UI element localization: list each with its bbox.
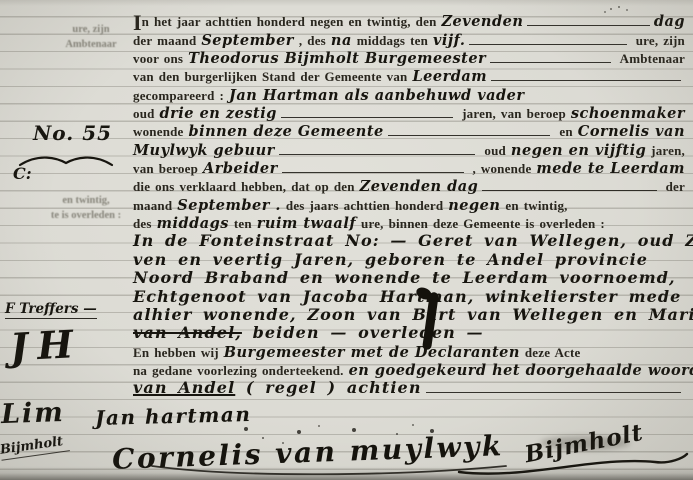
signature-bijmholt: Bijmholt (523, 419, 646, 468)
handwritten-text: Burgemeester met de Declaranten (224, 344, 520, 361)
printed-text: van beroep (133, 161, 203, 177)
ink-rule (282, 172, 464, 173)
body-line: alhier wonende, Zoon van Bart van Welleg… (133, 306, 685, 324)
handwritten-text: Jan Hartman als aanbehuwd vader (229, 87, 525, 104)
handwritten-text: van Andel (133, 378, 235, 397)
ink-rule (490, 62, 611, 63)
handwritten-text: van Andel, (133, 323, 242, 342)
clerk-monogram: J H (9, 321, 72, 369)
handwritten-text: September . (177, 197, 281, 214)
printed-text: en twintig, (500, 198, 567, 214)
body-line: des middags ten ruim twaalf ure, binnen … (133, 214, 685, 232)
handwritten-text: drie en zestig (160, 105, 277, 122)
handwritten-text: en goedgekeurd het doorgehaalde woord (349, 362, 693, 379)
body-line: In de Fonteinstraat No: — Geret van Well… (133, 232, 685, 250)
bleed-line: te is overleden : (40, 208, 132, 223)
handwritten-text: negen (448, 197, 500, 214)
handwritten-text: Echtgenoot van Jacoba Hartman, winkelier… (133, 287, 681, 306)
handwritten-text: ven en veertig Jaren, geboren te Andel p… (133, 250, 648, 269)
printed-text: ure, zijn (631, 33, 685, 49)
printed-text: I (133, 16, 142, 30)
body-line: die ons verklaard hebben, dat op den Zev… (133, 177, 685, 195)
signature-cornelis-van-muylwyk: Cornelis van muylwyk (112, 429, 505, 476)
body-line: In het jaar achttien honderd negen en tw… (133, 12, 685, 30)
ink-rule (281, 117, 453, 118)
ink-rule (426, 392, 681, 393)
body-line: voor ons Theodorus Bijmholt Burgemeester… (133, 49, 685, 67)
body-line: Noord Braband en wonende te Leerdam voor… (133, 269, 685, 287)
handwritten-text: In de Fonteinstraat No: — Geret van Well… (133, 231, 693, 250)
printed-text: oud (479, 143, 510, 159)
bleed-line: ure, zijn (48, 22, 134, 37)
printed-text: oud (133, 106, 160, 122)
printed-text: die ons verklaard hebben, dat op den (133, 179, 360, 195)
printed-text: deze Acte (520, 345, 581, 361)
handwritten-text: September (201, 32, 294, 49)
ink-rule (527, 25, 649, 26)
ink-rule (491, 80, 681, 81)
handwritten-text: Zevenden (441, 13, 523, 30)
body-line: Echtgenoot van Jacoba Hartman, winkelier… (133, 287, 685, 305)
printed-text: ure, binnen deze Gemeente is overleden : (356, 216, 605, 232)
printed-text: voor ons (133, 51, 188, 67)
body-line: En hebben wij Burgemeester met de Declar… (133, 342, 685, 360)
margin-check-mark: C: (13, 164, 32, 183)
brace-flourish (17, 151, 117, 171)
handwritten-text: schoenmaker (571, 105, 685, 122)
printed-text: der (661, 179, 685, 195)
ink-rule (482, 190, 656, 191)
handwritten-text: Zevenden dag (360, 178, 479, 195)
printed-text: na gedane voorlezing onderteekend. (133, 363, 349, 379)
act-number: No. 55 (33, 121, 112, 145)
bleed-line: Ambtenaar (48, 37, 134, 52)
body-line: na gedane voorlezing onderteekend. en go… (133, 361, 685, 379)
bleed-through-top: ure, zijn Ambtenaar (48, 22, 134, 52)
printed-text: gecompareerd : (133, 88, 229, 104)
handwritten-text: beiden — overleden — (242, 323, 484, 342)
ink-rule (469, 44, 626, 45)
handwritten-text: mede te Leerdam (536, 160, 685, 177)
clerk-note: F Treffers — (5, 301, 97, 319)
handwritten-text: Muylwyk gebuur (133, 142, 275, 159)
handwritten-text: binnen deze Gemeente (188, 123, 383, 140)
handwritten-text: ( regel ) achtien (235, 378, 421, 397)
handwritten-text: Noord Braband en wonende te Leerdam voor… (133, 268, 676, 287)
body-line: van Andel ( regel ) achtien (133, 379, 685, 397)
printed-text: en (554, 124, 577, 140)
printed-text: jaren, (646, 143, 685, 159)
margin-signature-flourish: Bijmholt (0, 433, 70, 460)
body-line: gecompareerd : Jan Hartman als aanbehuwd… (133, 85, 685, 103)
signature-jan-hartman: Jan hartman (95, 402, 252, 430)
printed-text: En hebben wij (133, 345, 224, 361)
body-line: oud drie en zestig jaren, van beroep sch… (133, 104, 685, 122)
handwritten-text: dag (654, 13, 685, 30)
handwritten-text: na (331, 32, 352, 49)
printed-text: Ambtenaar (615, 51, 685, 67)
body-line: maand September . des jaars achttien hon… (133, 195, 685, 213)
body-line: Muylwyk gebuur oud negen en vijftig jare… (133, 140, 685, 158)
document-scan: ure, zijn Ambtenaar No. 55 C: en twintig… (0, 0, 693, 480)
handwritten-text: middags (157, 215, 229, 232)
printed-text: des jaars achttien honderd (281, 198, 448, 214)
printed-text: , wonende (468, 161, 537, 177)
handwritten-text: negen en vijftig (511, 142, 646, 159)
body-line: van Andel, beiden — overleden — (133, 324, 685, 342)
handwritten-text: Leerdam (412, 68, 487, 85)
body-text: In het jaar achttien honderd negen en tw… (133, 12, 685, 397)
handwritten-text: alhier wonende, Zoon van Bart van Welleg… (133, 305, 693, 324)
body-line: wonende binnen deze Gemeente en Cornelis… (133, 122, 685, 140)
handwritten-text: Arbeider (203, 160, 278, 177)
ink-rule (279, 154, 476, 155)
handwritten-text: Cornelis van (578, 123, 685, 140)
body-line: van beroep Arbeider , wonende mede te Le… (133, 159, 685, 177)
bleed-line: en twintig, (40, 193, 132, 208)
printed-text: ten (229, 216, 257, 232)
printed-text: maand (133, 198, 177, 214)
margin-signature: Lim (0, 397, 65, 430)
ink-spatter-dots (0, 0, 2, 2)
printed-text: des (133, 216, 157, 232)
body-line: van den burgerlijken Stand der Gemeente … (133, 67, 685, 85)
body-line: der maand September , des na middags ten… (133, 30, 685, 48)
body-line: ven en veertig Jaren, geboren te Andel p… (133, 250, 685, 268)
handwritten-text: ruim twaalf (257, 215, 356, 232)
printed-text: jaren, van beroep (457, 106, 571, 122)
printed-text: middags ten (352, 33, 433, 49)
handwritten-text: Theodorus Bijmholt Burgemeester (188, 50, 486, 67)
handwritten-text: vijf. (433, 32, 465, 49)
printed-text: van den burgerlijken Stand der Gemeente … (133, 69, 412, 85)
printed-text: wonende (133, 124, 188, 140)
printed-text: n het jaar achttien honderd negen en twi… (142, 14, 442, 30)
bleed-through-bottom: en twintig, te is overleden : (40, 193, 132, 223)
printed-text: der maand (133, 33, 201, 49)
printed-text: , des (294, 33, 331, 49)
ink-rule (388, 135, 551, 136)
